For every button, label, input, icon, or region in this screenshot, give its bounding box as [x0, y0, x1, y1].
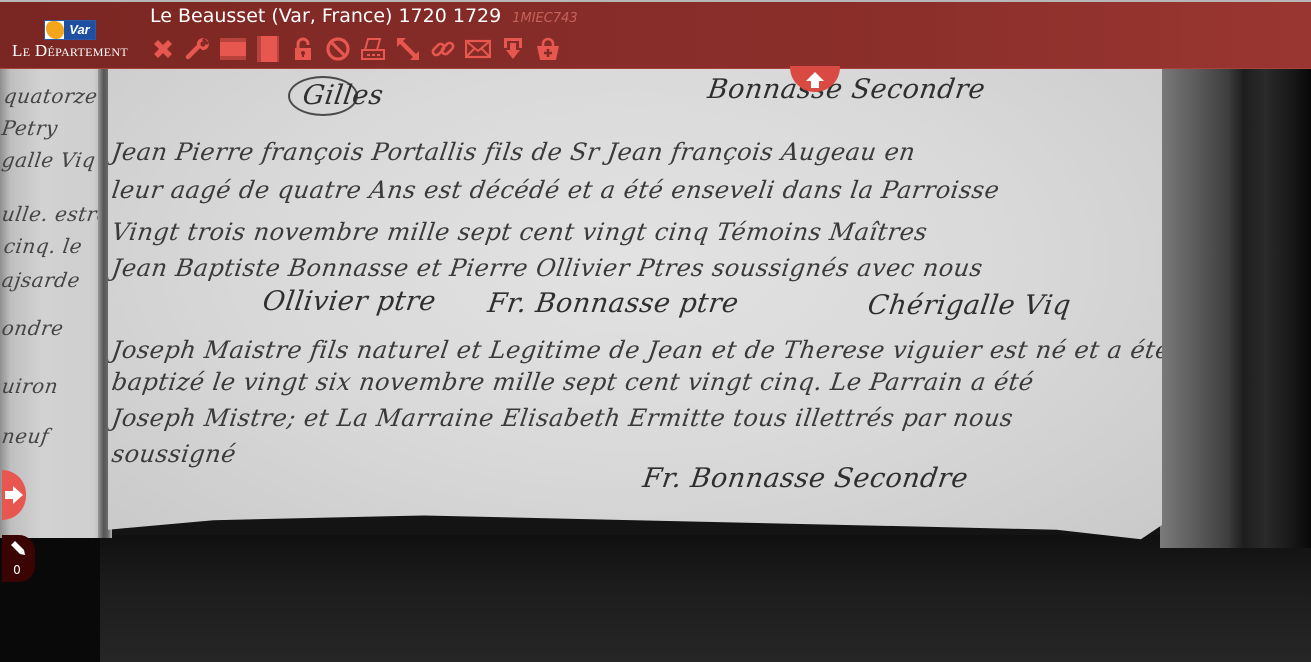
signature: Chérigalle Viq	[866, 290, 1073, 321]
entry-line: baptizé le vingt six novembre mille sept…	[110, 368, 1036, 396]
print-button[interactable]	[360, 35, 386, 63]
var-map-icon	[46, 21, 64, 39]
header-name: Gilles	[301, 80, 386, 111]
org-name: Le Département	[11, 41, 129, 61]
signature: Ollivier ptre	[261, 286, 438, 317]
close-icon	[150, 36, 176, 62]
entry-line: leur aagé de quatre Ans est décédé et a …	[110, 176, 1001, 204]
email-button[interactable]	[465, 35, 491, 63]
header-name: Bonnasse Secondre	[706, 74, 988, 105]
envelope-icon	[465, 36, 491, 62]
margin-note: cinq. le	[2, 234, 84, 258]
download-button[interactable]	[500, 35, 526, 63]
department-logo[interactable]: Var Le Département	[11, 20, 129, 64]
var-badge-text: Var	[64, 21, 95, 39]
tools-button[interactable]	[185, 35, 211, 63]
lock-icon	[290, 36, 316, 62]
forbidden-button[interactable]	[325, 35, 351, 63]
fit-height-button[interactable]	[255, 35, 281, 63]
ban-icon	[325, 36, 351, 62]
toolbar	[150, 35, 570, 63]
left-page: quatorze Petry galle Viq ulle. estre cin…	[0, 68, 104, 538]
entry-line: Jean Baptiste Bonnasse et Pierre Ollivie…	[110, 254, 985, 282]
document-title: Le Beausset (Var, France) 1720 1729	[150, 5, 501, 27]
header-bar: Var Le Département Le Beausset (Var, Fra…	[0, 0, 1311, 69]
arrow-right-icon	[5, 486, 23, 504]
pencil-icon	[7, 539, 27, 559]
scanned-page: Gilles Bonnasse Secondre Jean Pierre fra…	[108, 68, 1162, 544]
margin-note: ulle. estre	[0, 202, 111, 226]
link-button[interactable]	[430, 35, 456, 63]
basket-button[interactable]	[535, 35, 561, 63]
document-cote: 1MIEC743	[512, 11, 577, 26]
resize-icon	[395, 36, 421, 62]
close-button[interactable]	[150, 35, 176, 63]
var-badge: Var	[44, 20, 96, 40]
arrow-up-icon	[806, 72, 824, 88]
document-viewer[interactable]: quatorze Petry galle Viq ulle. estre cin…	[0, 0, 1311, 662]
annotation-count: 0	[2, 563, 32, 577]
title-row: Le Beausset (Var, France) 1720 1729 1MIE…	[150, 5, 578, 27]
entry-line: Joseph Maistre fils naturel et Legitime …	[110, 336, 1172, 364]
margin-note: neuf	[0, 424, 50, 448]
annotations-button[interactable]: 0	[2, 535, 35, 582]
margin-note: galle Viq	[0, 148, 97, 172]
entry-line: Jean Pierre françois Portallis fils de S…	[110, 138, 917, 166]
fit-width-icon	[220, 36, 246, 62]
entry-line: Joseph Mistre; et La Marraine Elisabeth …	[110, 404, 1015, 432]
book-edge	[1160, 68, 1311, 548]
margin-note: quatorze	[2, 84, 99, 108]
lock-button[interactable]	[290, 35, 316, 63]
margin-note: ajsarde	[0, 268, 81, 292]
signature: Fr. Bonnasse Secondre	[641, 463, 970, 494]
fit-width-button[interactable]	[220, 35, 246, 63]
fit-height-icon	[255, 36, 281, 62]
wrench-icon	[185, 36, 211, 62]
margin-note: ondre	[0, 316, 65, 340]
margin-note: uiron	[0, 374, 60, 398]
printer-icon	[360, 36, 386, 62]
entry-line: soussigné	[110, 440, 238, 468]
download-icon	[500, 36, 526, 62]
margin-note: Petry	[0, 116, 59, 140]
link-icon	[430, 36, 456, 62]
scan-background	[0, 535, 1311, 662]
basket-add-icon	[535, 36, 561, 62]
signature: Fr. Bonnasse ptre	[486, 288, 741, 319]
fullscreen-button[interactable]	[395, 35, 421, 63]
entry-line: Vingt trois novembre mille sept cent vin…	[110, 218, 929, 246]
